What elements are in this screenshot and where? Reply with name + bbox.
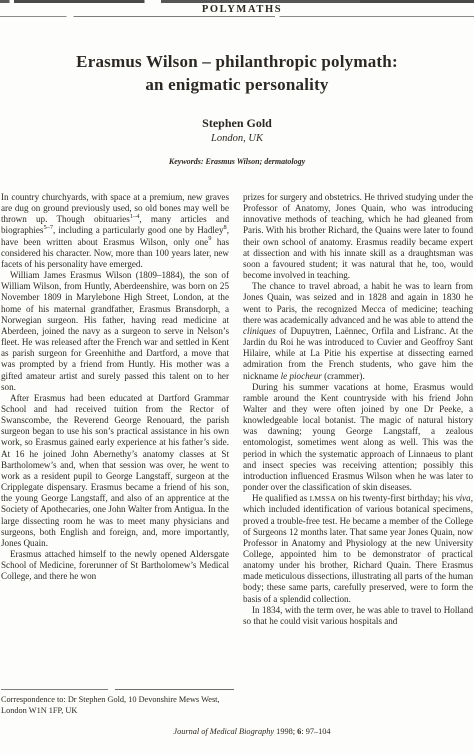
journal-page: POLYMATHS Erasmus Wilson – philanthropic… (0, 0, 474, 755)
paragraph: In country churchyards, with space at a … (1, 192, 229, 270)
paragraph: During his summer vacations at home, Era… (243, 382, 473, 494)
paragraph: prizes for surgery and obstetrics. He th… (243, 192, 473, 281)
right-column: prizes for surgery and obstetrics. He th… (243, 192, 473, 627)
header-rule (0, 16, 474, 17)
paragraph: He qualified as LMSSA on his twenty-firs… (243, 493, 473, 605)
paragraph: In 1834, with the term over, he was able… (243, 605, 473, 627)
section-label: POLYMATHS (0, 4, 474, 15)
paragraph: The chance to travel abroad, a habit he … (243, 281, 473, 381)
keywords-line: Keywords: Erasmus Wilson; dermatology (0, 157, 474, 166)
footnote-divider (1, 689, 234, 690)
author-name: Stephen Gold (0, 116, 474, 131)
article-title-line-2: an enigmatic personality (0, 73, 474, 96)
journal-citation: Journal of Medical Biography 1998; 6: 97… (0, 727, 474, 736)
correspondence-note: Correspondence to: Dr Stephen Gold, 10 D… (1, 694, 227, 716)
paragraph: After Erasmus had been educated at Dartf… (1, 393, 229, 549)
article-title: Erasmus Wilson – philanthropic polymath:… (0, 50, 474, 96)
author-affiliation: London, UK (0, 133, 474, 144)
left-column: In country churchyards, with space at a … (1, 192, 229, 582)
article-title-line-1: Erasmus Wilson – philanthropic polymath: (0, 50, 474, 73)
paragraph: Erasmus attached himself to the newly op… (1, 549, 229, 582)
paragraph: William James Erasmus Wilson (1809–1884)… (1, 270, 229, 393)
page-top-rule (0, 0, 474, 3)
